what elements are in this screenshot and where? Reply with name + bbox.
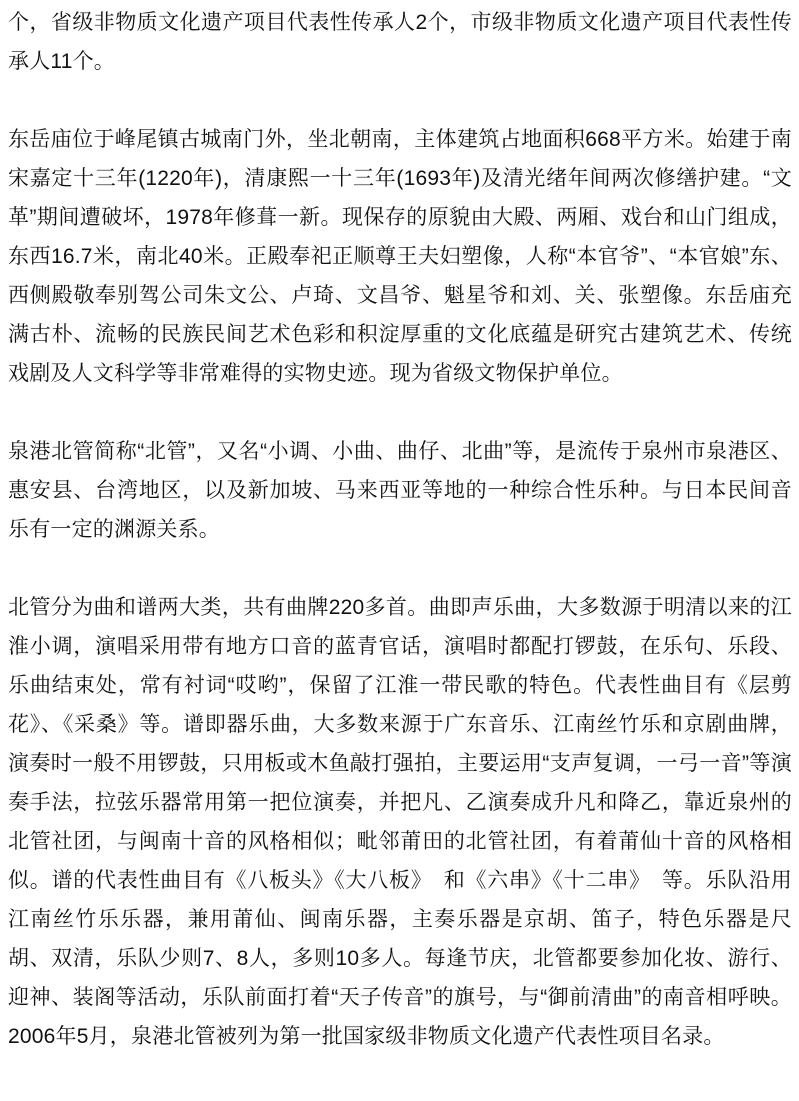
paragraph-beiguan-details: 北管分为曲和谱两大类，共有曲牌220多首。曲即声乐曲，大多数源于明清以来的江淮小…: [8, 588, 792, 1056]
paragraph-dongyue-temple: 东岳庙位于峰尾镇古城南门外，坐北朝南，主体建筑占地面积668平方米。始建于南宋嘉…: [8, 120, 792, 393]
article-page: 个，省级非物质文化遗产项目代表性传承人2个，市级非物质文化遗产项目代表性传承人1…: [0, 0, 799, 1101]
paragraph-heritage-inheritors: 个，省级非物质文化遗产项目代表性传承人2个，市级非物质文化遗产项目代表性传承人1…: [8, 3, 792, 81]
paragraph-beiguan-intro: 泉港北管简称“北管”，又名“小调、小曲、曲仔、北曲”等，是流传于泉州市泉港区、惠…: [8, 432, 792, 549]
